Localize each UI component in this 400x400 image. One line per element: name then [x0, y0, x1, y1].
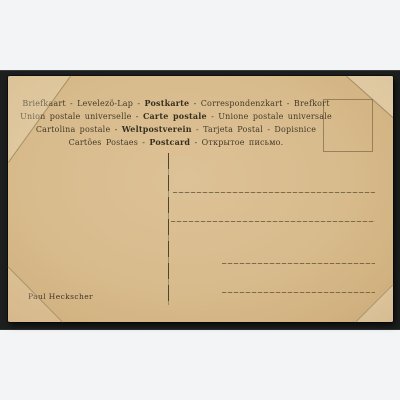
language-line-3-bold: Weltpostverein — [122, 124, 192, 134]
language-line-2-post: - Unione postale universale — [207, 112, 332, 121]
language-line-2: Union postale universelle - Carte postal… — [8, 110, 344, 123]
language-line-1-post: - Correspondenzkart - Brefkort — [189, 99, 329, 108]
address-line-3 — [222, 263, 375, 264]
language-line-3-post: - Tarjeta Postal - Dopisnice — [192, 125, 316, 134]
postcard-header: Briefkaart - Levelezö-Lap - Postkarte - … — [8, 97, 344, 149]
language-line-3-pre: Cartolina postale - — [36, 125, 122, 134]
address-line-1 — [173, 192, 375, 193]
postcard-back: Briefkaart - Levelezö-Lap - Postkarte - … — [8, 76, 393, 322]
scan-page: Briefkaart - Levelezö-Lap - Postkarte - … — [0, 0, 400, 400]
language-line-1-bold: Postkarte — [144, 98, 189, 108]
corner-crease-bottom-right — [355, 284, 394, 323]
language-line-4-pre: Cartões Postaes - — [69, 138, 150, 147]
language-line-4: Cartões Postaes - Postcard - Открытое пи… — [8, 136, 344, 149]
center-divider-line — [168, 153, 169, 305]
language-line-3: Cartolina postale - Weltpostverein - Tar… — [8, 123, 344, 136]
language-line-1: Briefkaart - Levelezö-Lap - Postkarte - … — [8, 97, 344, 110]
language-line-4-bold: Postcard — [149, 137, 190, 147]
address-line-2 — [171, 221, 375, 222]
language-line-1-pre: Briefkaart - Levelezö-Lap - — [22, 99, 144, 108]
language-line-2-bold: Carte postale — [143, 111, 207, 121]
language-line-4-post: - Открытое письмо. — [190, 138, 283, 147]
address-line-4 — [222, 292, 375, 293]
